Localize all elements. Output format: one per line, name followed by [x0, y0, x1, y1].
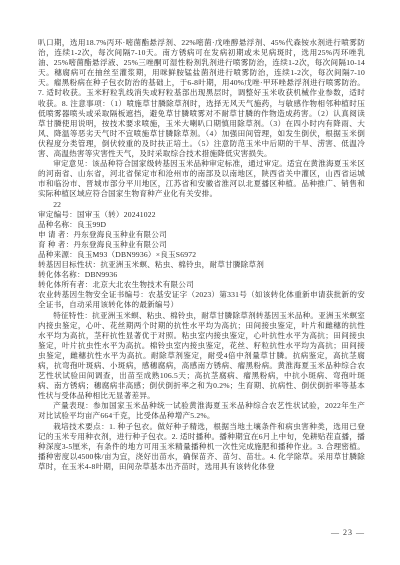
page-number: — 23 — [331, 528, 365, 537]
para-approval-opinion: 审定意见：该品种符合国家级转基因玉米品种审定标准，通过审定。适宜在黄淮海夏玉米区… [38, 159, 365, 199]
field-transformation-event-name: 转化体名称：DBN9936 [38, 270, 365, 280]
para-yield-performance: 产量表现：参加国家玉米品种统一试验黄淮海夏玉米品种综合农艺性状试验，2022年生… [38, 401, 365, 421]
document-page: 叭口期，选用18.7%丙环·嘧菌酯悬浮剂、22%嘧菌·戊唑醇悬浮剂、45%代森铵… [0, 0, 400, 565]
variety-sequence-number: 22 [38, 200, 365, 210]
field-approval-number: 审定编号：国审玉（转）20241022 [38, 210, 365, 220]
field-variety-source: 品种来源：良玉M93（DBN9936）×良玉S6972 [38, 250, 365, 260]
para-cultivation-continued: 叭口期，选用18.7%丙环·嘧菌酯悬浮剂、22%嘧菌·戊唑醇悬浮剂、45%代森铵… [38, 38, 365, 159]
field-gmo-safety-certificate: 农业转基因生物安全证书编号：农基安证字（2023）第331号（如该转化体重新申请… [38, 290, 365, 310]
field-breeder: 育 种 者：丹东登海良玉种业有限公司 [38, 240, 365, 250]
para-characteristics: 特征特性：抗亚洲玉米螟、粘虫、棉铃虫，耐草甘膦除草剂转基因玉米品种。亚洲玉米螟室… [38, 311, 365, 402]
field-transformation-event-owner: 转化体所有者：北京大北农生物技术有限公司 [38, 280, 365, 290]
field-gm-target-traits: 转基因目标性状：抗亚洲玉米螟、粘虫、棉铃虫，耐草甘膦除草剂 [38, 260, 365, 270]
para-cultivation-techniques: 栽培技术要点：1. 种子包衣。做好种子精选，根据当地土壤条件和病虫害种类，选用已… [38, 422, 365, 472]
field-applicant: 申 请 者：丹东登海良玉种业有限公司 [38, 230, 365, 240]
field-variety-name: 品种名称：良玉99D [38, 220, 365, 230]
